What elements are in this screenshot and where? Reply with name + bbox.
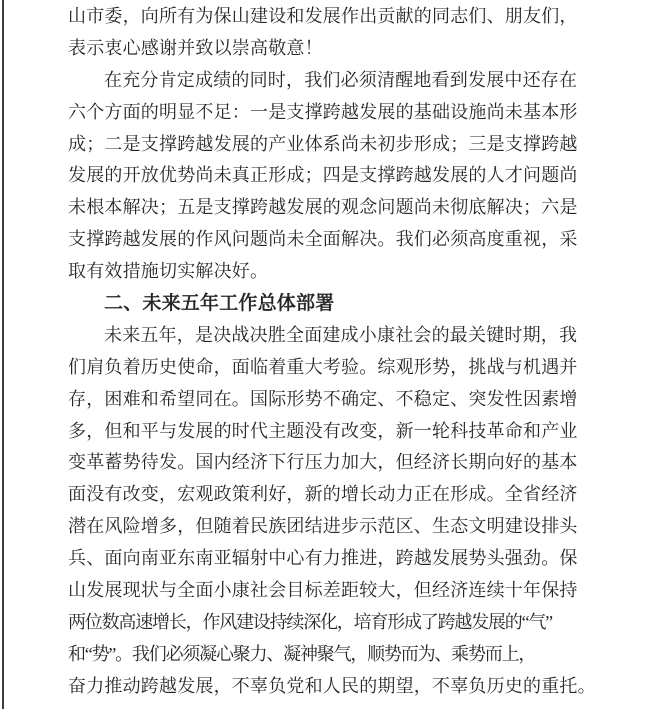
document-body: 山市委，向所有为保山建设和发展作出贡献的同志们、朋友们，表示衷心感谢并致以崇高敬… [68,1,586,703]
text-line: 多，但和平与发展的时代主题没有改变，新一轮科技革命和产业 [68,416,586,448]
text-line: 和“势”。我们必须凝心聚力、凝神聚气，顺势而为、乘势而上， [68,639,586,671]
text-line: 潜在风险增多，但随着民族团结进步示范区、生态文明建设排头 [68,511,586,543]
text-line: 六个方面的明显不足：一是支撑跨越发展的基础设施尚未基本形 [68,97,586,129]
text-line: 山市委，向所有为保山建设和发展作出贡献的同志们、朋友们， [68,1,586,33]
text-line: 面没有改变，宏观政策利好，新的增长动力正在形成。全省经济 [68,479,586,511]
text-line: 在充分肯定成绩的同时，我们必须清醒地看到发展中还存在 [68,65,586,97]
text-line: 奋力推动跨越发展，不辜负党和人民的期望，不辜负历史的重托。 [68,671,586,703]
text-line: 山发展现状与全面小康社会目标差距较大，但经济连续十年保持 [68,575,586,607]
text-line: 们肩负着历史使命，面临着重大考验。综观形势，挑战与机遇并 [68,352,586,384]
text-line: 变革蓄势待发。国内经济下行压力加大，但经济长期向好的基本 [68,447,586,479]
document-page: 山市委，向所有为保山建设和发展作出贡献的同志们、朋友们，表示衷心感谢并致以崇高敬… [2,0,647,709]
text-line: 成；二是支撑跨越发展的产业体系尚未初步形成；三是支撑跨越 [68,129,586,161]
text-line: 未根本解决；五是支撑跨越发展的观念问题尚未彻底解决；六是 [68,192,586,224]
text-line: 支撑跨越发展的作风问题尚未全面解决。我们必须高度重视，采 [68,224,586,256]
text-line: 发展的开放优势尚未真正形成；四是支撑跨越发展的人才问题尚 [68,160,586,192]
text-line: 两位数高速增长，作风建设持续深化，培育形成了跨越发展的“气” [68,607,586,639]
text-line: 存，困难和希望同在。国际形势不确定、不稳定、突发性因素增 [68,384,586,416]
section-heading: 二、未来五年工作总体部署 [68,288,586,320]
text-line: 兵、面向南亚东南亚辐射中心有力推进，跨越发展势头强劲。保 [68,543,586,575]
text-line: 表示衷心感谢并致以崇高敬意！ [68,33,586,65]
text-line: 取有效措施切实解决好。 [68,256,586,288]
text-line: 未来五年，是决战决胜全面建成小康社会的最关键时期，我 [68,320,586,352]
